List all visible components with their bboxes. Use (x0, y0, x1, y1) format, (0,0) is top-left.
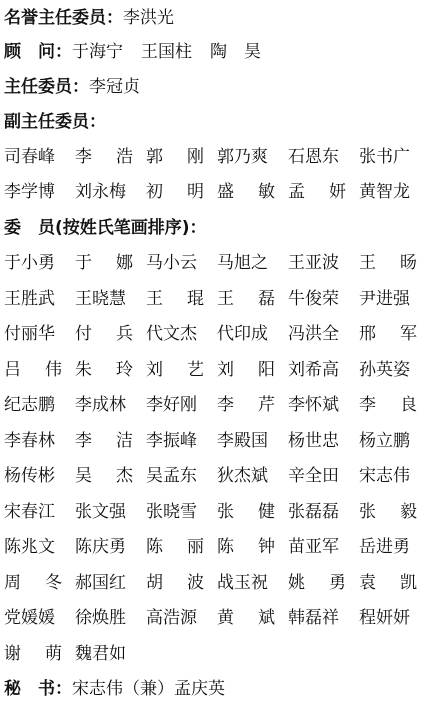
member-name: 王晓慧 (75, 282, 133, 316)
member-name: 王旸 (359, 246, 417, 280)
member-name: 李良 (359, 388, 417, 422)
member-name: 韩磊祥 (288, 601, 346, 635)
member-name: 周冬 (4, 566, 62, 600)
member-name: 孙英姿 (359, 353, 417, 387)
member-row: 谢萌魏君如 (4, 637, 133, 671)
vice-chair-name: 盛敏 (217, 175, 275, 209)
member-name: 马小云 (146, 246, 204, 280)
member-name: 代印成 (217, 317, 275, 351)
member-name: 李芹 (217, 388, 275, 422)
member-name: 战玉祝 (217, 566, 275, 600)
member-name: 刘希高 (288, 353, 346, 387)
member-name: 王胜武 (4, 282, 62, 316)
vice-chair-name: 郭刚 (146, 140, 204, 174)
chair-name: 李冠贞 (89, 77, 140, 97)
member-name: 李殿国 (217, 424, 275, 458)
member-name: 李怀斌 (288, 388, 346, 422)
member-row: 付丽华付兵代文杰代印成冯洪全邢军 (4, 317, 417, 351)
member-name: 李好刚 (146, 388, 204, 422)
member-name: 宋春江 (4, 495, 62, 529)
member-name: 徐焕胜 (75, 601, 133, 635)
member-name: 吴杰 (75, 459, 133, 493)
vice-chair-row: 李学博刘永梅初明盛敏孟妍黄智龙 (4, 175, 417, 209)
member-name: 付兵 (75, 317, 133, 351)
honorary-chair-label: 名誉主任委员： (4, 8, 123, 28)
advisor-name: 王国柱 (141, 35, 192, 69)
vice-chair-name: 张书广 (359, 140, 417, 174)
member-name: 付丽华 (4, 317, 62, 351)
member-row: 周冬郝国红胡波战玉祝姚勇袁凯 (4, 566, 417, 600)
vice-chair-name: 刘永梅 (75, 175, 133, 209)
vice-chair-row: 司春峰李浩郭刚郭乃爽石恩东张书广 (4, 140, 417, 174)
member-name: 吕伟 (4, 353, 62, 387)
member-name: 王琨 (146, 282, 204, 316)
vice-chair-name: 郭乃爽 (217, 140, 275, 174)
member-name: 苗亚军 (288, 530, 346, 564)
member-row: 纪志鹏李成林李好刚李芹李怀斌李良 (4, 388, 417, 422)
vice-chair-name: 黄智龙 (359, 175, 417, 209)
advisor-name: 于海宁 (72, 35, 123, 69)
member-name: 尹进强 (359, 282, 417, 316)
member-name: 张磊磊 (288, 495, 346, 529)
member-name: 辛全田 (288, 459, 346, 493)
member-name: 张文强 (75, 495, 133, 529)
member-name: 王亚波 (288, 246, 346, 280)
advisors-line: 顾 问：于海宁王国柱陶 昊 (4, 35, 279, 69)
member-name: 邢军 (359, 317, 417, 351)
member-name: 于小勇 (4, 246, 62, 280)
member-name: 刘阳 (217, 353, 275, 387)
member-name: 张毅 (359, 495, 417, 529)
member-row: 党媛媛徐焕胜高浩源黄斌韩磊祥程妍妍 (4, 601, 417, 635)
secretary-line: 秘 书：宋志伟（兼）孟庆英 (4, 672, 225, 706)
member-name: 宋志伟 (359, 459, 417, 493)
vice-chair-name: 司春峰 (4, 140, 62, 174)
member-name: 高浩源 (146, 601, 204, 635)
vice-chair-name: 石恩东 (288, 140, 346, 174)
secretary-names: 宋志伟（兼）孟庆英 (72, 679, 225, 699)
member-row: 杨传彬吴杰吴孟东狄杰斌辛全田宋志伟 (4, 459, 417, 493)
secretary-label: 秘 书： (4, 679, 72, 699)
member-name: 代文杰 (146, 317, 204, 351)
member-name: 陈丽 (146, 530, 204, 564)
chair-label: 主任委员： (4, 77, 89, 97)
members-label: 委 员(按姓氏笔画排序)： (4, 211, 207, 245)
member-name: 李洁 (75, 424, 133, 458)
member-name: 黄斌 (217, 601, 275, 635)
member-name: 郝国红 (75, 566, 133, 600)
member-name: 张健 (217, 495, 275, 529)
member-row: 陈兆文陈庆勇陈丽陈钟苗亚军岳进勇 (4, 530, 417, 564)
member-row: 于小勇于娜马小云马旭之王亚波王旸 (4, 246, 417, 280)
vice-chair-name: 初明 (146, 175, 204, 209)
vice-chair-name: 李浩 (75, 140, 133, 174)
member-name: 陈兆文 (4, 530, 62, 564)
member-name: 党媛媛 (4, 601, 62, 635)
member-row: 吕伟朱玲刘艺刘阳刘希高孙英姿 (4, 353, 417, 387)
honorary-chair-name: 李洪光 (123, 8, 174, 28)
member-name: 朱玲 (75, 353, 133, 387)
committee-roster: 名誉主任委员：李洪光 顾 问：于海宁王国柱陶 昊 主任委员：李冠贞 副主任委员：… (0, 0, 427, 706)
member-name: 袁凯 (359, 566, 417, 600)
member-name: 李春林 (4, 424, 62, 458)
member-row: 王胜武王晓慧王琨王磊牛俊荣尹进强 (4, 282, 417, 316)
member-name: 程妍妍 (359, 601, 417, 635)
member-name: 纪志鹏 (4, 388, 62, 422)
member-row: 李春林李洁李振峰李殿国杨世忠杨立鹏 (4, 424, 417, 458)
member-name: 陈钟 (217, 530, 275, 564)
member-row: 宋春江张文强张晓雪张健张磊磊张毅 (4, 495, 417, 529)
member-name: 马旭之 (217, 246, 275, 280)
member-name: 张晓雪 (146, 495, 204, 529)
vice-chair-name: 孟妍 (288, 175, 346, 209)
member-name: 胡波 (146, 566, 204, 600)
member-name: 冯洪全 (288, 317, 346, 351)
member-name: 于娜 (75, 246, 133, 280)
vice-chairs-label: 副主任委员： (4, 105, 106, 139)
member-name: 李成林 (75, 388, 133, 422)
advisors-label: 顾 问： (4, 42, 72, 62)
member-name: 杨世忠 (288, 424, 346, 458)
member-name: 杨立鹏 (359, 424, 417, 458)
vice-chair-name: 李学博 (4, 175, 62, 209)
member-name: 李振峰 (146, 424, 204, 458)
member-name: 陈庆勇 (75, 530, 133, 564)
honorary-chair-line: 名誉主任委员：李洪光 (4, 1, 174, 35)
member-name: 姚勇 (288, 566, 346, 600)
member-name: 杨传彬 (4, 459, 62, 493)
member-name: 刘艺 (146, 353, 204, 387)
member-name: 王磊 (217, 282, 275, 316)
member-name: 岳进勇 (359, 530, 417, 564)
chair-line: 主任委员：李冠贞 (4, 70, 140, 104)
member-name: 吴孟东 (146, 459, 204, 493)
member-name: 谢萌 (4, 637, 62, 671)
member-name: 狄杰斌 (217, 459, 275, 493)
member-name: 牛俊荣 (288, 282, 346, 316)
member-name: 魏君如 (75, 637, 133, 671)
advisor-name: 陶 昊 (210, 35, 261, 69)
